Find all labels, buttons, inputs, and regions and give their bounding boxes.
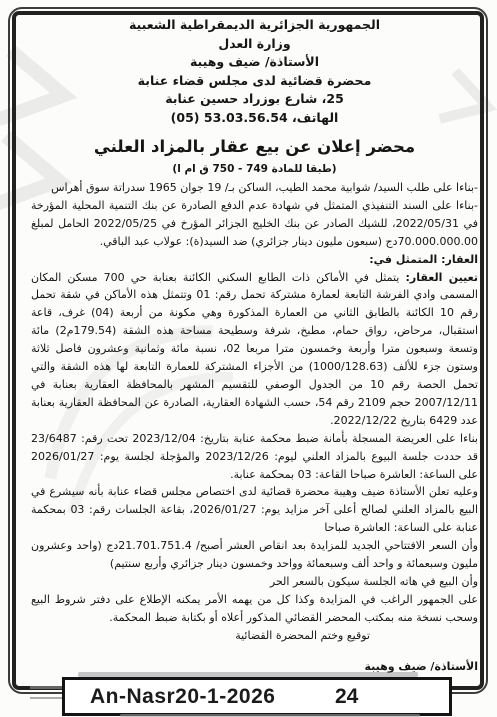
free-price-note: وأن البيع في هاته الجلسة سيكون بالسعر ال… [31, 573, 478, 591]
property-section-label: العقار: المتمثل في: [31, 251, 478, 269]
property-designation-text: يتمثل في الأماكن ذات الطابع السكني الكائ… [31, 271, 478, 427]
officer-role-line: محضرة قضائية لدى مجلس قضاء عنابة [31, 72, 478, 91]
republic-line: الجمهورية الجزائرية الديمقراطية الشعبية [31, 16, 478, 35]
scanned-notice-page: الجمهورية الجزائرية الديمقراطية الشعبية … [0, 0, 497, 717]
scan-smear-left [30, 686, 62, 699]
property-designation: تعيين العقار: يتمثل في الأماكن ذات الطاب… [31, 269, 478, 430]
petition-clause: بناءا على العريضة المسجلة بأمانة ضبط محك… [31, 430, 478, 484]
opening-price-clause: وأن السعر الافتتاحي الجديد للمزايدة بعد … [31, 537, 478, 573]
officer-name-line: الأستاذة/ ضيف وهيبة [31, 53, 478, 72]
publication-date-label: An-Nasr20-1-2026 [90, 685, 275, 709]
legal-basis-line: (طبقا للمادة 749 - 750 ق ام ا) [31, 163, 478, 175]
request-clause-1: -بناءا على طلب السيد/ شوابية محمد الطيب،… [31, 179, 478, 197]
signature-stamp-note: توقيع وختم المحضرة القضائية [31, 627, 478, 645]
notice-body: -بناءا على طلب السيد/ شوابية محمد الطيب،… [31, 179, 478, 675]
notice-content: الجمهورية الجزائرية الديمقراطية الشعبية … [31, 16, 478, 675]
phone-line: الهاتف، 53.03.56.54 (05) [31, 109, 478, 128]
public-invitation-clause: على الجمهور الراغب في المزايدة وكذا كل م… [31, 591, 478, 627]
request-clause-2: -بناءا على السند التنفيذي المتمثل في شها… [31, 197, 478, 251]
office-address-line: 25، شارع بوزراد حسين عنابة [31, 90, 478, 109]
publication-footer-box: An-Nasr20-1-2026 24 [62, 677, 452, 716]
property-designation-label: تعيين العقار: [405, 271, 478, 284]
ministry-line: وزارة العدل [31, 35, 478, 54]
announcement-clause: وعليه تعلن الأستاذة ضيف وهيبة محضرة قضائ… [31, 483, 478, 537]
page-number-label: 24 [335, 685, 358, 709]
notice-title: محضر إعلان عن بيع عقار بالمزاد العلني [31, 136, 478, 158]
